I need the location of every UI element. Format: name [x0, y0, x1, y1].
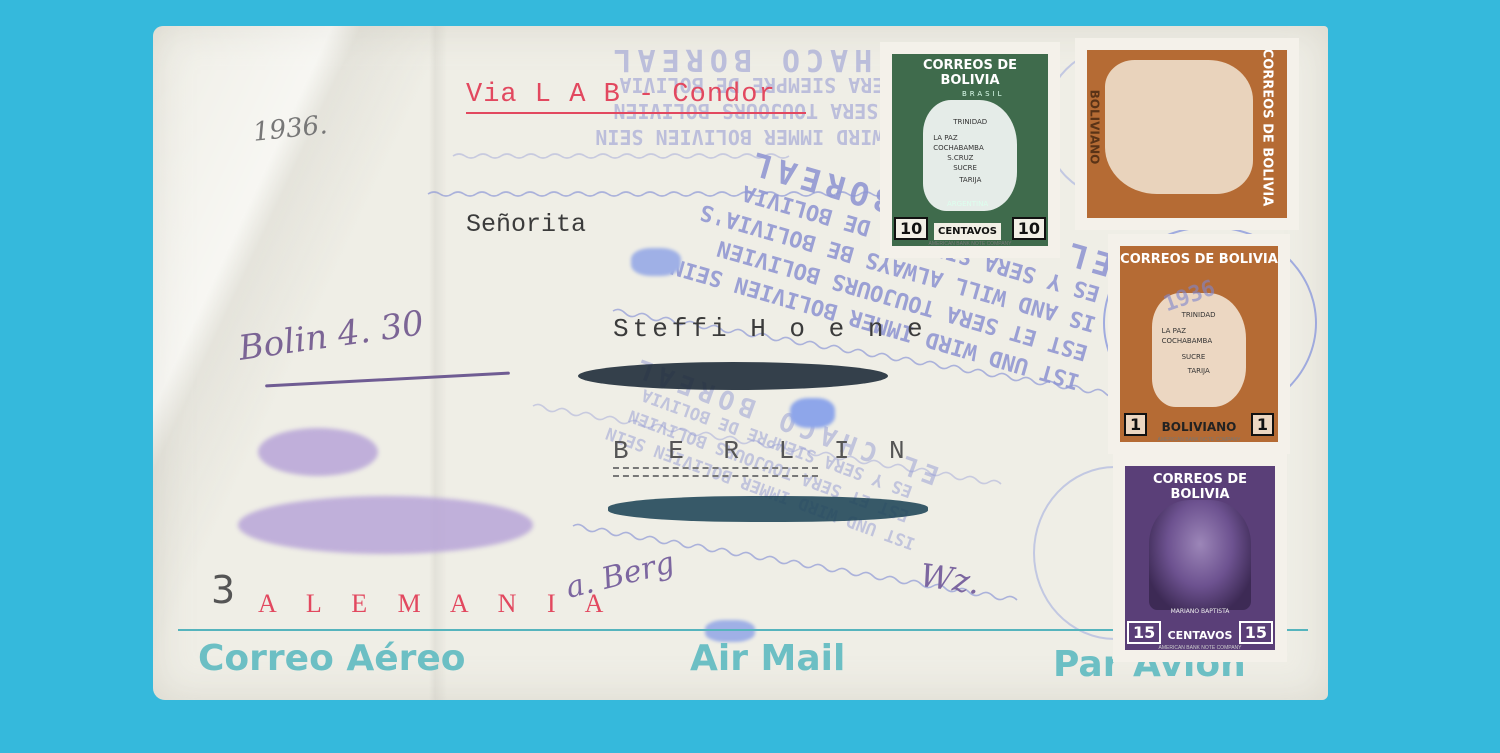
handwritten-number: 3: [211, 568, 235, 612]
stamp-map: [1105, 60, 1253, 194]
stamp-map: TRINIDAD LA PAZ COCHABAMBA S.CRUZ SUCRE …: [923, 100, 1017, 211]
routing-underline: [466, 112, 806, 114]
stamp-country: CORREOS DE BOLIVIA: [892, 58, 1048, 88]
airmail-label-en: Air Mail: [690, 638, 845, 679]
redacted-street: [578, 362, 888, 390]
map-label: COCHABAMBA: [933, 144, 984, 153]
map-label: SUCRE: [1182, 353, 1206, 362]
stamp-imprint: AMERICAN BANK NOTE COMPANY: [1125, 645, 1275, 650]
stamp-value-left: 10: [894, 217, 928, 240]
map-label: SUCRE: [953, 164, 977, 173]
stamp-denomination: CENTAVOS: [934, 223, 1001, 240]
map-label: BRASIL: [962, 90, 1005, 99]
addressee-name: Steffi H o e n e: [613, 314, 927, 344]
country: A L E M A N I A: [258, 589, 615, 619]
stamp-1-boliviano: CORREOS DE BOLIVIA TRINIDAD LA PAZ COCHA…: [1108, 234, 1290, 454]
stamp-country: CORREOS DE BOLIVIA: [1125, 472, 1275, 502]
stamp-country: CORREOS DE BOLIVIA: [1120, 252, 1278, 267]
stamp-value-right: 15: [1239, 621, 1273, 644]
stamp-1-boliviano-rotated: CORREOS DE BOLIVIA BOLIVIANO: [1075, 38, 1299, 230]
stamp-denomination: BOLIVIANO: [1087, 90, 1101, 165]
city-underline: [613, 467, 818, 477]
map-label: TRINIDAD: [953, 118, 987, 127]
redacted-postal: [608, 496, 928, 522]
map-label: S.CRUZ: [947, 154, 973, 163]
stamp-value-right: 1: [1251, 413, 1274, 436]
portrait-name: MARIANO BAPTISTA: [1125, 608, 1275, 615]
map-label: TARIJA: [1188, 367, 1210, 376]
ink-blot: [790, 398, 835, 428]
crayon-scribble: [238, 496, 533, 554]
routing-label: Via L A B - Condor: [466, 80, 776, 110]
crayon-scribble: [258, 428, 378, 476]
stamp-portrait: [1149, 500, 1251, 610]
stamp-value-right: 10: [1012, 217, 1046, 240]
ink-blot: [631, 248, 681, 276]
map-label: ARGENTINA: [947, 200, 988, 209]
envelope: IST UND WIRD IMMER BOLIVIEN SEIN EST ET …: [153, 26, 1328, 700]
stamp-10-centavos: CORREOS DE BOLIVIA TRINIDAD LA PAZ COCHA…: [880, 42, 1060, 258]
stamp-15-centavos: CORREOS DE BOLIVIA MARIANO BAPTISTA 15 C…: [1113, 454, 1287, 662]
map-label: LA PAZ: [933, 134, 957, 143]
stamp-country: CORREOS DE BOLIVIA: [1260, 50, 1275, 208]
map-label: COCHABAMBA: [1162, 337, 1213, 346]
salutation: Señorita: [466, 210, 586, 239]
city: B E R L I N: [613, 436, 917, 466]
map-label: TRINIDAD: [1182, 311, 1216, 320]
handwritten-initials: Wz.: [918, 556, 983, 602]
map-label: TARIJA: [959, 176, 981, 185]
stamp-imprint: AMERICAN BANK NOTE COMPANY: [1120, 437, 1278, 442]
map-label: LA PAZ: [1162, 327, 1186, 336]
airmail-label-es: Correo Aéreo: [198, 638, 466, 679]
stamp-imprint: AMERICAN BANK NOTE COMPANY: [892, 241, 1048, 246]
